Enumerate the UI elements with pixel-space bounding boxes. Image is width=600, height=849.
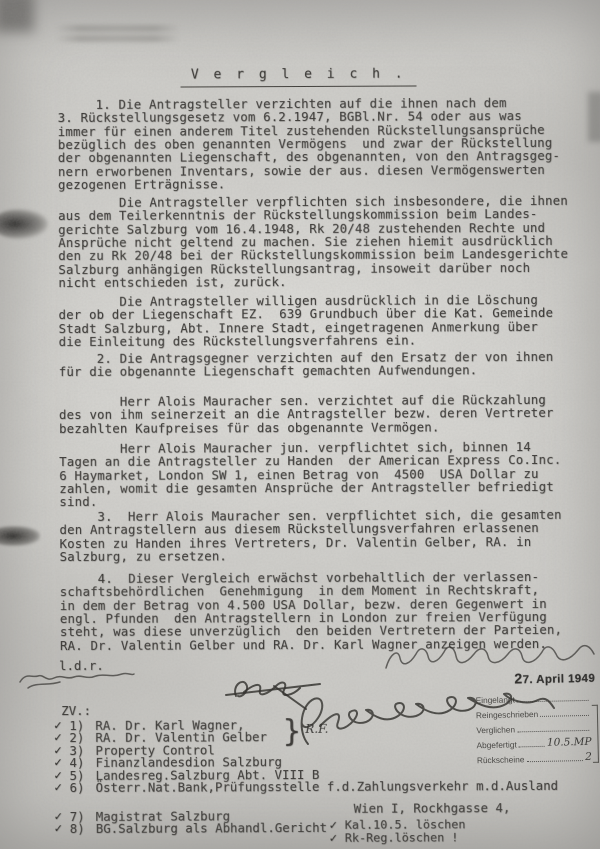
paragraph-5: Herr Alois Mauracher sen. verzichtet auf… — [59, 393, 593, 435]
dotted-leader — [517, 730, 589, 733]
stamp-label: Verglichen — [476, 724, 515, 735]
item-text: BG.Salzburg als Abhandl.Gericht — [96, 822, 327, 835]
paragraph-8: 4. Dieser Vergleich erwächst vorbehaltli… — [60, 570, 594, 652]
item-number: 8) — [70, 823, 96, 836]
address-line: Wien I, Rockhgasse 4, — [354, 800, 511, 816]
stamp-value: 10.5.MP — [547, 736, 592, 749]
checkmark-icon: ✓ — [329, 819, 345, 832]
note-text: Rk-Reg.löschen ! — [345, 832, 459, 846]
distribution-heading: ZV.: — [61, 703, 91, 718]
stamp-label: Reingeschrieben — [476, 709, 538, 720]
checkmark-icon: ✓ — [54, 782, 70, 795]
paragraph-3: Die Antragsteller willigen ausdrücklich … — [58, 293, 592, 349]
paragraph-1: 1. Die Antragsteller verzichten auf die … — [58, 96, 592, 192]
closing-initials: l.d.r. — [59, 658, 104, 673]
paragraph-6: Herr Alois Mauracher jun. verpflichtet s… — [59, 440, 593, 509]
dotted-leader — [540, 715, 589, 717]
checkmark-icon: ✓ — [329, 832, 345, 845]
list-item: ✓ 8) BG.Salzburg als Abhandl.Gericht — [54, 821, 559, 836]
list-item: ✓ 6) Österr.Nat.Bank,Prüfungsstelle f.d.… — [54, 780, 559, 795]
stamp-label: Rückscheine — [477, 754, 525, 765]
scanned-document-page: V e r g l e i c h . 1. Die Antragsteller… — [0, 0, 600, 849]
handwritten-note-rf: R.F. — [305, 722, 328, 736]
stamp-value: 2 — [585, 751, 592, 763]
stamp-rows: Eingelangt Reingeschrieben Verglichen Ab… — [475, 688, 599, 766]
stamp-label: Eingelangt — [476, 694, 515, 705]
item-number: 6) — [70, 782, 96, 795]
checkmark-icon: ✓ — [54, 823, 70, 836]
checkmark-icon: ✓ — [53, 757, 69, 770]
document-title: V e r g l e i c h . — [181, 66, 416, 87]
dotted-leader — [526, 760, 583, 762]
stamp-row: Rückscheine 2 — [477, 748, 592, 765]
item-text: Österr.Nat.Bank,Prüfungsstelle f.d.Zahlu… — [96, 780, 559, 794]
paragraph-7: 3. Herr Alois Mauracher sen. verpflichte… — [59, 508, 593, 564]
title-row: V e r g l e i c h . — [0, 62, 599, 89]
dotted-leader — [519, 746, 545, 748]
stamp-label: Abgefertigt — [476, 739, 516, 750]
paragraph-4: 2. Die Antragsgegner verzichten auf den … — [59, 350, 593, 379]
note-row: ✓ Rk-Reg.löschen ! — [329, 831, 466, 845]
paragraph-2: Die Antragsteller verpflichten sich insb… — [58, 194, 592, 290]
date-stamp: 27. April 1949 — [475, 669, 597, 688]
grouping-brace: } — [282, 714, 301, 749]
dotted-leader — [517, 700, 589, 703]
handling-notes: ✓ Kal.10.5. löschen ✓ Rk-Reg.löschen ! — [329, 818, 466, 845]
registry-stamp: 27. April 1949 Eingelangt Reingeschriebe… — [475, 669, 599, 766]
stamp-row: Abgefertigt 10.5.MP — [476, 733, 591, 750]
stamp-bracket-line — [592, 705, 599, 763]
